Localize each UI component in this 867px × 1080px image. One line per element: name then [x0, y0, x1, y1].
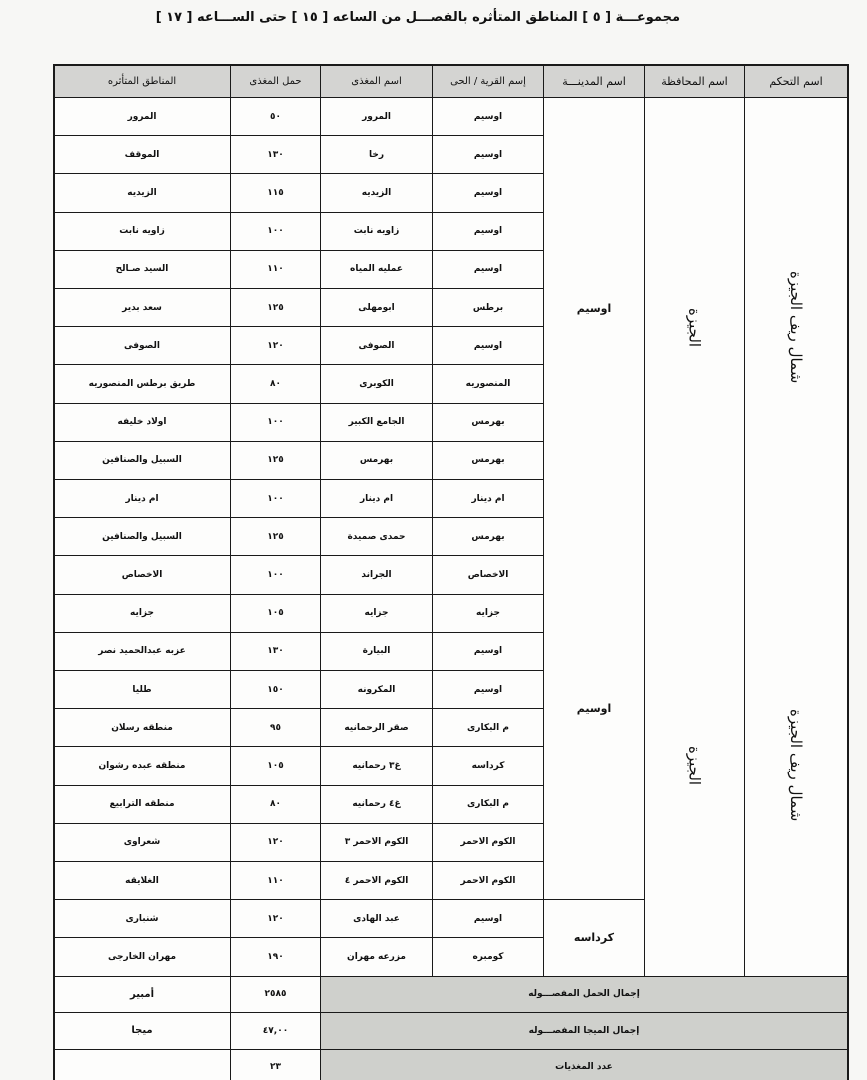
cell-feeder-name: زاويه نابت — [320, 212, 433, 251]
cell-feeder-load: ١٣٠ — [230, 135, 321, 174]
cell-village: الاخصاص — [432, 555, 544, 594]
cell-affected-area: ام دينار — [53, 479, 231, 518]
cell-city: كرداسه — [543, 899, 645, 976]
cell-feeder-name: غ٤ رحمانيه — [320, 785, 433, 824]
cell-affected-area: شنبارى — [53, 899, 231, 938]
cell-village: بهرمس — [432, 403, 544, 442]
cell-village: اوسيم — [432, 212, 544, 251]
cell-feeder-load: ١٢٠ — [230, 823, 321, 862]
cell-affected-area: الاخصاص — [53, 555, 231, 594]
cell-affected-area: اولاد خليفه — [53, 403, 231, 442]
cell-affected-area: منطقه رسلان — [53, 708, 231, 747]
cell-affected-area: منطقه الترابيع — [53, 785, 231, 824]
header-city: اسم المدينـــة — [543, 64, 645, 98]
cell-village: بهرمس — [432, 517, 544, 556]
cell-feeder-load: ١٣٠ — [230, 632, 321, 671]
summary-unit — [53, 1049, 231, 1080]
cell-village: ام دينار — [432, 479, 544, 518]
cell-village: اوسيم — [432, 135, 544, 174]
cell-affected-area: الغلايقه — [53, 861, 231, 900]
summary-value: ٢٣ — [230, 1049, 321, 1080]
cell-village: اوسيم — [432, 250, 544, 289]
summary-value: ٤٧,٠٠ — [230, 1012, 321, 1050]
cell-feeder-load: ١٠٠ — [230, 555, 321, 594]
cell-village: الكوم الاحمر — [432, 861, 544, 900]
cell-village: م البكارى — [432, 785, 544, 824]
header-affected-areas: المناطق المتأثره — [53, 64, 231, 98]
cell-feeder-name: عمليه المياه — [320, 250, 433, 289]
cell-feeder-load: ١١٠ — [230, 250, 321, 289]
header-feeder-load: حمل المغذى — [230, 64, 321, 98]
cell-feeder-load: ١٠٠ — [230, 403, 321, 442]
cell-feeder-load: ١٢٥ — [230, 288, 321, 327]
cell-affected-area: عزبه عبدالحميد نصر — [53, 632, 231, 671]
cell-feeder-load: ١٢٥ — [230, 441, 321, 480]
cell-control: شمال ريف الجيزة — [744, 97, 848, 556]
cell-village: اوسيم — [432, 670, 544, 709]
cell-village: الكوم الاحمر — [432, 823, 544, 862]
cell-feeder-load: ١٢٠ — [230, 326, 321, 365]
cell-affected-area: طليا — [53, 670, 231, 709]
header-feeder-name: اسم المغذى — [320, 64, 433, 98]
cell-affected-area: طريق برطس المنصوريه — [53, 364, 231, 403]
cell-affected-area: المرور — [53, 97, 231, 136]
cell-feeder-load: ١٢٠ — [230, 899, 321, 938]
cell-village: كومبره — [432, 937, 544, 976]
cell-affected-area: السبيل والصنافين — [53, 517, 231, 556]
cell-village: اوسيم — [432, 632, 544, 671]
cell-governorate: الجيزة — [644, 97, 745, 556]
summary-value: ٢٥٨٥ — [230, 976, 321, 1014]
cell-feeder-name: غ٣ رحمانيه — [320, 746, 433, 785]
cell-village: م البكارى — [432, 708, 544, 747]
document-title: مجموعـــة [ ٥ ] المناطق المتأثره بالفصــ… — [200, 10, 680, 25]
header-village: إسم القرية / الحى — [432, 64, 544, 98]
cell-village: اوسيم — [432, 326, 544, 365]
cell-feeder-load: ١٩٠ — [230, 937, 321, 976]
cell-feeder-name: البيارة — [320, 632, 433, 671]
cell-feeder-load: ١٥٠ — [230, 670, 321, 709]
summary-unit: ميجا — [53, 1012, 231, 1050]
cell-affected-area: شعراوى — [53, 823, 231, 862]
cell-feeder-load: ٨٠ — [230, 364, 321, 403]
cell-feeder-load: ١٠٠ — [230, 479, 321, 518]
cell-affected-area: السيد صـالح — [53, 250, 231, 289]
summary-label: إجمال الميجا المفصـــوله — [320, 1012, 848, 1050]
summary-unit: أمبير — [53, 976, 231, 1014]
header-governorate: اسم المحافظة — [644, 64, 745, 98]
cell-feeder-name: رخا — [320, 135, 433, 174]
cell-feeder-name: الكوبرى — [320, 364, 433, 403]
cell-affected-area: الموقف — [53, 135, 231, 174]
cell-village: برطس — [432, 288, 544, 327]
cell-affected-area: منطقه عبده رشوان — [53, 746, 231, 785]
cell-village: جزايه — [432, 594, 544, 633]
cell-affected-area: سعد بدير — [53, 288, 231, 327]
cell-city: اوسيم — [543, 517, 645, 900]
cell-feeder-name: صقر الرحمانيه — [320, 708, 433, 747]
cell-village: بهرمس — [432, 441, 544, 480]
summary-label: عدد المغذيات — [320, 1049, 848, 1080]
cell-affected-area: زاويه نابت — [53, 212, 231, 251]
cell-feeder-name: جزايه — [320, 594, 433, 633]
cell-village: اوسيم — [432, 173, 544, 212]
cell-affected-area: جزايه — [53, 594, 231, 633]
cell-feeder-name: عبد الهادى — [320, 899, 433, 938]
header-control: اسم التحكم — [744, 64, 848, 98]
cell-feeder-name: ابومهلى — [320, 288, 433, 327]
cell-feeder-load: ١٠٥ — [230, 746, 321, 785]
cell-city: اوسيم — [543, 97, 645, 518]
cell-feeder-load: ٥٠ — [230, 97, 321, 136]
cell-feeder-name: الصوفى — [320, 326, 433, 365]
cell-village: اوسيم — [432, 899, 544, 938]
cell-feeder-name: الكوم الاحمر ٣ — [320, 823, 433, 862]
cell-feeder-name: الجراند — [320, 555, 433, 594]
cell-control: شمال ريف الجيزة — [744, 555, 848, 976]
cell-feeder-name: حمدى صميدة — [320, 517, 433, 556]
cell-affected-area: الزيديه — [53, 173, 231, 212]
cell-village: اوسيم — [432, 97, 544, 136]
cell-feeder-name: المرور — [320, 97, 433, 136]
cell-feeder-name: مزرعه مهران — [320, 937, 433, 976]
cell-feeder-name: المكرونه — [320, 670, 433, 709]
cell-feeder-load: ٨٠ — [230, 785, 321, 824]
cell-feeder-load: ١١٠ — [230, 861, 321, 900]
cell-affected-area: الصوفى — [53, 326, 231, 365]
cell-affected-area: السبيل والصنافين — [53, 441, 231, 480]
cell-feeder-load: ٩٥ — [230, 708, 321, 747]
cell-village: كرداسه — [432, 746, 544, 785]
cell-feeder-load: ١٢٥ — [230, 517, 321, 556]
cell-governorate: الجيزة — [644, 555, 745, 976]
cell-feeder-name: الجامع الكبير — [320, 403, 433, 442]
cell-feeder-load: ١١٥ — [230, 173, 321, 212]
cell-village: المنصوريه — [432, 364, 544, 403]
cell-feeder-name: الكوم الاحمر ٤ — [320, 861, 433, 900]
cell-affected-area: مهران الخارجى — [53, 937, 231, 976]
cell-feeder-name: الزيديه — [320, 173, 433, 212]
cell-feeder-load: ١٠٠ — [230, 212, 321, 251]
cell-feeder-name: بهرمس — [320, 441, 433, 480]
cell-feeder-name: ام دينار — [320, 479, 433, 518]
summary-label: إجمال الحمل المفصـــوله — [320, 976, 848, 1014]
cell-feeder-load: ١٠٥ — [230, 594, 321, 633]
